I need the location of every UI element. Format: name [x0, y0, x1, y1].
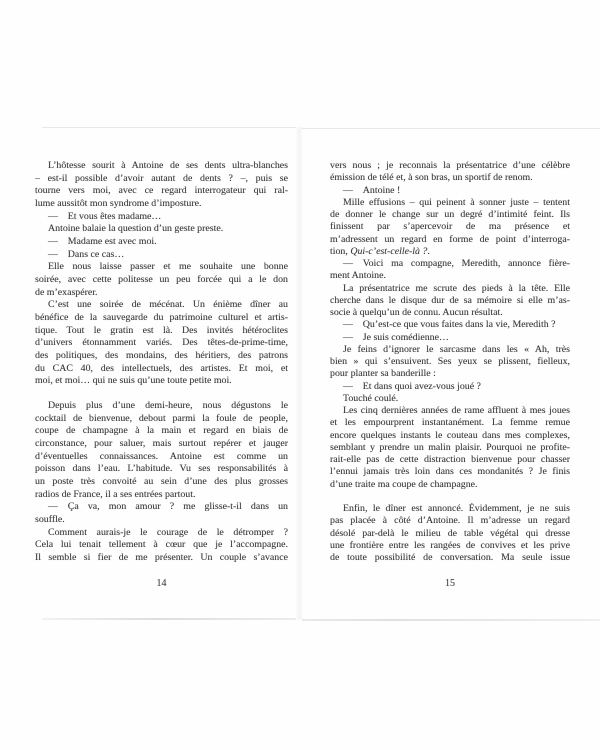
text-line: du CAC 40, des intellectuels, des artist… — [35, 363, 288, 376]
text-line: socie à quelqu’un de connu. Aucun résult… — [330, 307, 570, 319]
paragraph: — Et dans quoi avez-vous joué ? — [330, 381, 570, 393]
page-spine-seam — [296, 127, 303, 620]
text-line: m’adressent un regard en forme de point … — [330, 234, 570, 246]
text-line: La présentatrice me scrute des pieds à l… — [330, 283, 570, 295]
text-line: tique. Tout le gratin est là. Des invité… — [35, 325, 288, 338]
text-line: C’est une soirée de mécénat. Un énième d… — [35, 299, 288, 312]
text-line: Mille effusions – qui peinent à sonner j… — [330, 197, 570, 209]
text-line: — Et vous êtes madame… — [35, 211, 288, 224]
text-line: coupe de champagne à la main et regard e… — [35, 425, 288, 438]
paragraph: Enfin, le dîner est annoncé. Évidemment,… — [330, 503, 570, 564]
text-line: cocktail de bienvenue, debout parmi la f… — [35, 413, 288, 426]
text-line: semblant y prendre un malin plaisir. Pou… — [330, 442, 570, 454]
text-line: bien » qui s’ensuivent. Ses yeux se plis… — [330, 356, 570, 368]
text-line: finissent par s’apercevoir de ma présenc… — [330, 221, 570, 233]
paragraph: Elle nous laisse passer et me souhaite u… — [35, 261, 288, 299]
text-line: Je feins d’ignorer le sarcasme dans les … — [330, 344, 570, 356]
paragraph: — Ça va, mon amour ? me glisse-t-il dans… — [35, 501, 288, 526]
text-line: — Voici ma compagne, Meredith, annonce f… — [330, 258, 570, 270]
text-line: radios de France, il a ses entrées parto… — [35, 489, 288, 502]
text-line: émission de télé et, à son bras, un spor… — [330, 172, 570, 184]
text-line: d’une traite ma coupe de champagne. — [330, 479, 570, 491]
paragraph: — Et vous êtes madame… — [35, 211, 288, 224]
paragraph: Depuis plus d’une demi-heure, nous dégus… — [35, 400, 288, 501]
text-line: cherche dans le disque dur de sa mémoire… — [330, 295, 570, 307]
text-line: Les cinq dernières années de rame afflue… — [330, 405, 570, 417]
text-line: une frontière entre les rangées de convi… — [330, 540, 570, 552]
text-line: de toute possibilité de conversation. Ma… — [330, 552, 570, 564]
text-line: bénéfice de la sauvegarde du patrimoine … — [35, 312, 288, 325]
text-line: souffle. — [35, 514, 288, 527]
text-line: moi, et moi… qui ne suis qu’une toute pe… — [35, 375, 288, 388]
text-line: vers nous ; je reconnais la présentatric… — [330, 160, 570, 172]
paragraph: La présentatrice me scrute des pieds à l… — [330, 283, 570, 320]
paragraph: Comment aurais-je le courage de le détro… — [35, 527, 288, 565]
text-line: tourne vers moi, avec ce regard interrog… — [35, 185, 288, 198]
page-left-number: 14 — [35, 578, 288, 589]
paragraph: L’hôtesse sourit à Antoine de ses dents … — [35, 160, 288, 211]
text-line: Comment aurais-je le courage de le détro… — [35, 527, 288, 540]
text-line: — Antoine ! — [330, 185, 570, 197]
paragraph: Antoine balaie la question d’un geste pr… — [35, 223, 288, 236]
text-line: Antoine balaie la question d’un geste pr… — [35, 223, 288, 236]
book-spread: L’hôtesse sourit à Antoine de ses dents … — [0, 0, 600, 750]
text-line: l’ennui jamais très loin dans ces mondan… — [330, 466, 570, 478]
text-line: Il semble si fier de me présenter. Un co… — [35, 552, 288, 565]
text-line: Elle nous laisse passer et me souhaite u… — [35, 261, 288, 274]
text-line: rait-elle pas de cette distraction bienv… — [330, 454, 570, 466]
text-line: — Qu’est-ce que vous faites dans la vie,… — [330, 319, 570, 331]
page-edge-bottom-left — [42, 618, 296, 620]
paragraph: — Dans ce cas… — [35, 249, 288, 262]
text-line: — Je suis comédienne… — [330, 332, 570, 344]
text-line: — Dans ce cas… — [35, 249, 288, 262]
paragraph: Touché coulé. — [330, 393, 570, 405]
page-right-number: 15 — [330, 578, 570, 589]
text-line: un poste très convoité au sein d’une des… — [35, 476, 288, 489]
text-line: — Ça va, mon amour ? me glisse-t-il dans… — [35, 501, 288, 514]
text-line: Cela lui tenait tellement à cœur que je … — [35, 539, 288, 552]
text-line: soirée, avec cette politesse un peu forc… — [35, 274, 288, 287]
paragraph: — Voici ma compagne, Meredith, annonce f… — [330, 258, 570, 283]
text-line: encore quelques instants le couteau dans… — [330, 430, 570, 442]
paragraph: C’est une soirée de mécénat. Un énième d… — [35, 299, 288, 388]
text-line: d’univers étonnamment variés. Des têtes-… — [35, 337, 288, 350]
page-left-text: L’hôtesse sourit à Antoine de ses dents … — [35, 160, 288, 565]
text-line: désolé par-delà le milieu de table végét… — [330, 528, 570, 540]
page-edge-top-right — [302, 128, 600, 129]
text-line: de m’exaspérer. — [35, 287, 288, 300]
text-line: L’hôtesse sourit à Antoine de ses dents … — [35, 160, 288, 173]
text-line: tion, Qui-c’est-celle-là ?. — [330, 246, 570, 258]
text-line: Depuis plus d’une demi-heure, nous dégus… — [35, 400, 288, 413]
text-line: – est-il possible d’avoir autant de dent… — [35, 173, 288, 186]
paragraph: — Qu’est-ce que vous faites dans la vie,… — [330, 319, 570, 331]
text-line: circonstance, pour saluer, mais surtout … — [35, 438, 288, 451]
paragraph: — Madame est avec moi. — [35, 236, 288, 249]
paragraph: Mille effusions – qui peinent à sonner j… — [330, 197, 570, 258]
paragraph: Les cinq dernières années de rame afflue… — [330, 405, 570, 491]
paragraph: Je feins d’ignorer le sarcasme dans les … — [330, 344, 570, 381]
text-line: de donner le change sur un degré d’intim… — [330, 209, 570, 221]
text-line: poisson dans l’eau. L’habitude. Vu ses r… — [35, 463, 288, 476]
text-line: Touché coulé. — [330, 393, 570, 405]
text-line: — Et dans quoi avez-vous joué ? — [330, 381, 570, 393]
text-line: Enfin, le dîner est annoncé. Évidemment,… — [330, 503, 570, 515]
text-line: lume aussitôt mon syndrome d’imposture. — [35, 198, 288, 211]
text-line: pas placée à côté d’Antoine. Il m’adress… — [330, 515, 570, 527]
text-line: d’éventuelles connaissances. Antoine est… — [35, 451, 288, 464]
page-edge-top-left — [42, 127, 296, 128]
text-line: ment Antoine. — [330, 270, 570, 282]
text-line: des politiques, des mondains, des hériti… — [35, 350, 288, 363]
text-line: et les empourprent instantanément. La fe… — [330, 417, 570, 429]
page-right-text: vers nous ; je reconnais la présentatric… — [330, 160, 570, 564]
page-edge-bottom-right — [302, 619, 600, 621]
paragraph: vers nous ; je reconnais la présentatric… — [330, 160, 570, 185]
text-line: pour planter sa banderille : — [330, 368, 570, 380]
paragraph: — Je suis comédienne… — [330, 332, 570, 344]
text-line: — Madame est avec moi. — [35, 236, 288, 249]
paragraph: — Antoine ! — [330, 185, 570, 197]
